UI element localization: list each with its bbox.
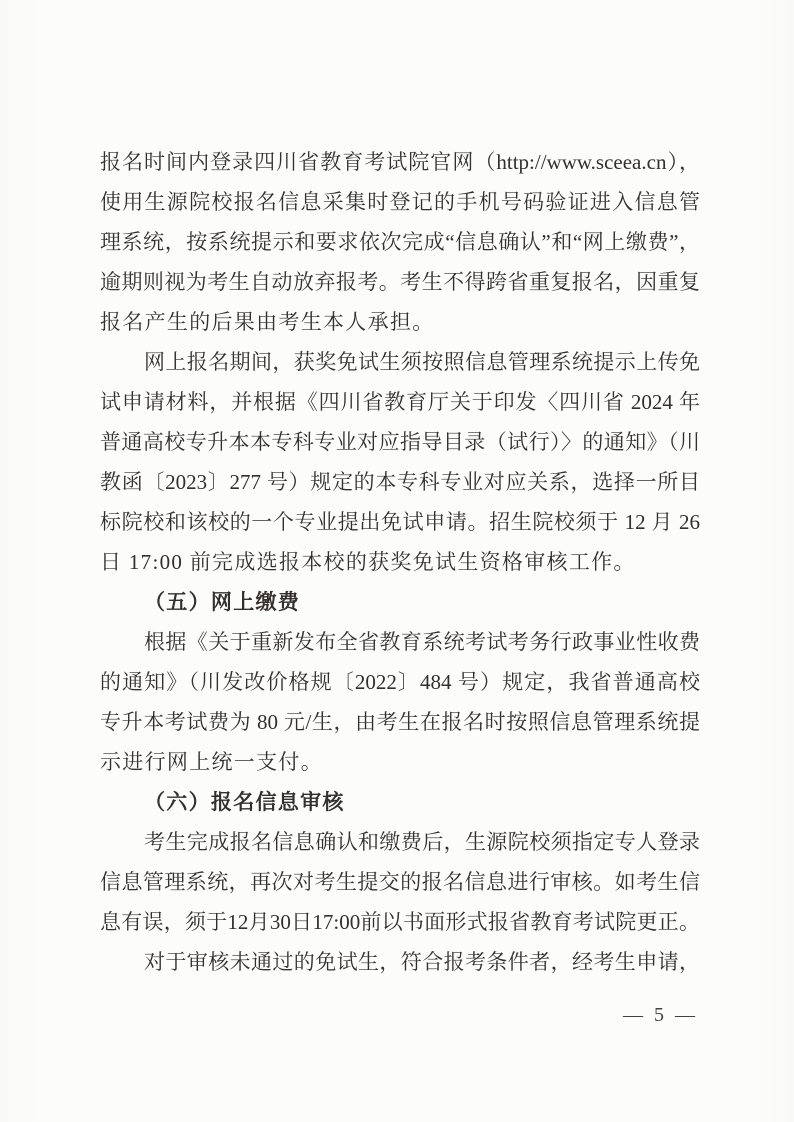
- text-line-11: 日 17:00 前完成选报本校的获奖免试生资格审核工作。: [100, 542, 700, 582]
- text-line-3: 理系统，按系统提示和要求依次完成“信息确认”和“网上缴费”，: [100, 222, 700, 262]
- text-line-14: 的通知》（川发改价格规〔2022〕484 号）规定，我省普通高校: [100, 662, 700, 702]
- text-line-13: 根据《关于重新发布全省教育系统考试考务行政事业性收费: [100, 622, 700, 662]
- section-heading-6: （六）报名信息审核: [100, 782, 700, 822]
- text-line-20: 息有误，须于12月30日17:00前以书面形式报省教育考试院更正。: [100, 902, 700, 942]
- text-line-7: 试申请材料，并根据《四川省教育厅关于印发〈四川省 2024 年: [100, 382, 700, 422]
- text-line-9: 教函〔2023〕277 号）规定的本专科专业对应关系，选择一所目: [100, 462, 700, 502]
- text-line-5: 报名产生的后果由考生本人承担。: [100, 302, 700, 342]
- scanned-document-page: 报名时间内登录四川省教育考试院官网（http://www.sceea.cn）， …: [0, 0, 794, 1122]
- text-line-6: 网上报名期间，获奖免试生须按照信息管理系统提示上传免: [100, 342, 700, 382]
- text-line-15: 专升本考试费为 80 元/生，由考生在报名时按照信息管理系统提: [100, 702, 700, 742]
- document-body: 报名时间内登录四川省教育考试院官网（http://www.sceea.cn）， …: [100, 142, 700, 982]
- text-line-2: 使用生源院校报名信息采集时登记的手机号码验证进入信息管: [100, 182, 700, 222]
- text-line-18: 考生完成报名信息确认和缴费后，生源院校须指定专人登录: [100, 822, 700, 862]
- text-line-19: 信息管理系统，再次对考生提交的报名信息进行审核。如考生信: [100, 862, 700, 902]
- text-line-10: 标院校和该校的一个专业提出免试申请。招生院校须于 12 月 26: [100, 502, 700, 542]
- page-number: — 5 —: [100, 1001, 698, 1029]
- text-line-1: 报名时间内登录四川省教育考试院官网（http://www.sceea.cn），: [100, 142, 700, 182]
- text-line-8: 普通高校专升本本专科专业对应指导目录（试行）〉的通知》（川: [100, 422, 700, 462]
- text-line-4: 逾期则视为考生自动放弃报考。考生不得跨省重复报名，因重复: [100, 262, 700, 302]
- text-line-16: 示进行网上统一支付。: [100, 742, 700, 782]
- text-line-21: 对于审核未通过的免试生，符合报考条件者，经考生申请，: [100, 942, 700, 982]
- section-heading-5: （五）网上缴费: [100, 582, 700, 622]
